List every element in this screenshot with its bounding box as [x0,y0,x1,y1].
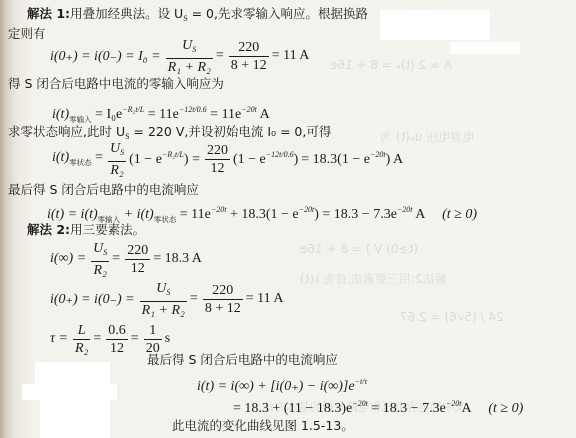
erased-patch [380,10,490,40]
eq-part: (1 − e [233,152,266,167]
method2-heading: 解法 2: [27,222,70,237]
equation-method2-final-line1: i(t) = i(∞) + [i(0₊) − i(∞)]e−t/τ [197,374,367,395]
eq-lhs: i(0₊) = i(0₋) = [50,291,135,308]
frac-num: 220 [125,242,150,260]
eq-part: ) A [386,152,404,167]
equation-final-value: i(∞) = USR₂ = 22012 = 18.3 A [50,240,205,278]
eq-part: = 11e [148,107,179,122]
zero-input-text: 得 S 闭合后电路中电流的零输入响应为 [8,76,224,92]
bleed-through-text: 解法2:用三要素法,首先 iₗ(t) [300,270,447,287]
eq-lhs: i(t) [52,150,69,165]
subscript: 零输入 [69,115,92,124]
eq-part: ) [184,152,189,167]
eq-part: = 11e [176,207,211,222]
frac-den: 12 [106,340,128,357]
frac-num: U [93,241,103,256]
eq-part: + i(t) [120,207,154,222]
text: = 220 V,并设初始电流 I₀ = 0,可得 [130,124,332,139]
fraction: 2208 + 12 [203,282,243,317]
unit: A [257,107,270,122]
subscript: 零状态 [69,158,92,167]
equation-zero-state: i(t)零状态 = USR₂ (1 − e−R₂t/L) = 22012 (1 … [52,140,406,178]
figure-reference: 此电流的变化曲线见图 1.5-13。 [172,418,354,434]
frac-den: 8 + 12 [229,57,269,74]
method1-heading: 解法 1: [27,6,70,21]
eq-lhs: τ = [50,331,68,347]
frac-num: 0.6 [106,322,128,340]
exponent: −R₂t/L [122,105,144,114]
subscript: S [166,288,170,297]
exponent: −t/τ [355,377,368,386]
frac-den: 12 [205,160,230,177]
frac-den: R₁ + R₂ [166,59,213,76]
eq-lhs: i(0₊) = i(0₋) = I₀ = [50,48,161,65]
exponent: −12t/0.6 [266,150,294,159]
condition: (t ≥ 0) [488,401,523,416]
frac-num: U [156,281,166,296]
method1-intro-line: 解法 1:用叠加经典法。设 US = 0,先求零输入响应。根据换路 [27,6,368,27]
method1-final-text: 最后得 S 闭合后电路中的电流响应 [8,182,199,198]
fraction: USR₁ + R₂ [166,37,213,76]
subscript: S [120,148,124,157]
equation-initial-value: i(0₊) = i(0₋) = USR₁ + R₂ = 2208 + 12 = … [50,280,286,318]
method1-intro-cont: 定则有 [8,26,46,42]
exponent: −20t [241,105,257,114]
unit: A [461,401,470,416]
eq-part: = 11e [210,107,241,122]
erased-patch [40,400,110,438]
bleed-through-text: A ≈ 2 (t)ₑ = 8 + 16e [330,58,452,72]
frac-den: R₂ [91,262,109,279]
exponent: −20t [370,150,386,159]
subscript: S [192,45,196,54]
method2-intro: 用三要素法。 [70,222,145,237]
eq-part: = 18.3 + (11 − 18.3)e [233,401,352,416]
subscript: S [103,248,107,257]
erased-patch [35,362,110,384]
frac-den: 12 [125,260,150,277]
frac-num: L [73,322,90,340]
eq-lhs: i(t) [52,107,69,122]
exponent: −20t [299,205,315,214]
eq-part: = 18.3 − 7.3e [368,401,446,416]
fraction: 0.612 [106,322,128,357]
method1-intro-rest: = 0,先求零输入响应。根据换路 [188,6,368,21]
exponent: −20t [397,205,413,214]
bleed-through-text: 24 / (5√6) = 2.67 [400,310,504,324]
exponent: −20t [352,399,368,408]
erased-patch [22,384,117,400]
exponent: −20t [446,399,462,408]
unit: A [413,207,425,222]
method1-intro: 用叠加经典法。设 U [70,6,183,21]
condition: (t ≥ 0) [442,207,477,222]
exponent: −R₂t/L [162,150,184,159]
equals: = [216,48,224,64]
subscript: 零状态 [154,215,177,224]
eq-part: ) [294,152,299,167]
fraction: 2208 + 12 [229,39,269,74]
eq-part: + 18.3(1 − e [226,207,298,222]
fraction: USR₂ [91,240,109,279]
fraction: USR₁ + R₂ [140,280,187,319]
exponent: −20t [211,205,227,214]
eq-part: (1 − e [129,152,162,167]
erased-patch [450,42,520,54]
bleed-through-text: (t≥0) V ) = 8 + 16e [300,242,418,256]
eq-part: i(t) = i(∞) + [i(0₊) − i(∞)]e [197,379,355,394]
equation-method2-final-line2: = 18.3 + (11 − 18.3)e−20t = 18.3 − 7.3e−… [233,396,523,417]
frac-num: 220 [229,39,269,57]
frac-num: 220 [203,282,243,300]
eq-part: ) = 18.3 − 7.3e [314,207,397,222]
frac-num: U [182,38,192,53]
eq-part: = I₀e [95,107,122,122]
text: 求零状态响应,此时 U [8,124,125,139]
frac-den: R₁ + R₂ [140,302,187,319]
frac-den: R₂ [73,340,90,357]
exponent: −12t/0.6 [179,105,207,114]
method2-final-text: 最后得 S 闭合后电路中的电流响应 [147,352,338,368]
equation-initial-current: i(0₊) = i(0₋) = I₀ = USR₁ + R₂ = 2208 + … [50,38,312,74]
frac-num: 1 [144,322,162,340]
eq-lhs: i(t) = i(t) [47,207,98,222]
frac-den: 8 + 12 [203,300,243,317]
fraction: USR₂ [108,140,126,179]
unit: s [165,331,170,347]
eq-lhs: i(∞) = [50,251,86,267]
eq-result: = 18.3(1 − e [301,152,370,167]
method2-intro-line: 解法 2:用三要素法。 [27,222,145,238]
frac-den: R₂ [108,162,126,179]
fraction: LR₂ [73,322,90,357]
scanned-page: A ≈ 2 (t)ₑ = 8 + 16e 电容电压 uₑ(t) 为 (t≥0) … [0,0,576,438]
fraction: 22012 [205,142,230,177]
eq-result: = 11 A [246,291,284,307]
fraction: 22012 [125,242,150,277]
eq-result: = 11 A [272,48,310,64]
eq-result: = 18.3 A [153,251,202,267]
frac-num: U [110,141,120,156]
frac-num: 220 [205,142,230,160]
